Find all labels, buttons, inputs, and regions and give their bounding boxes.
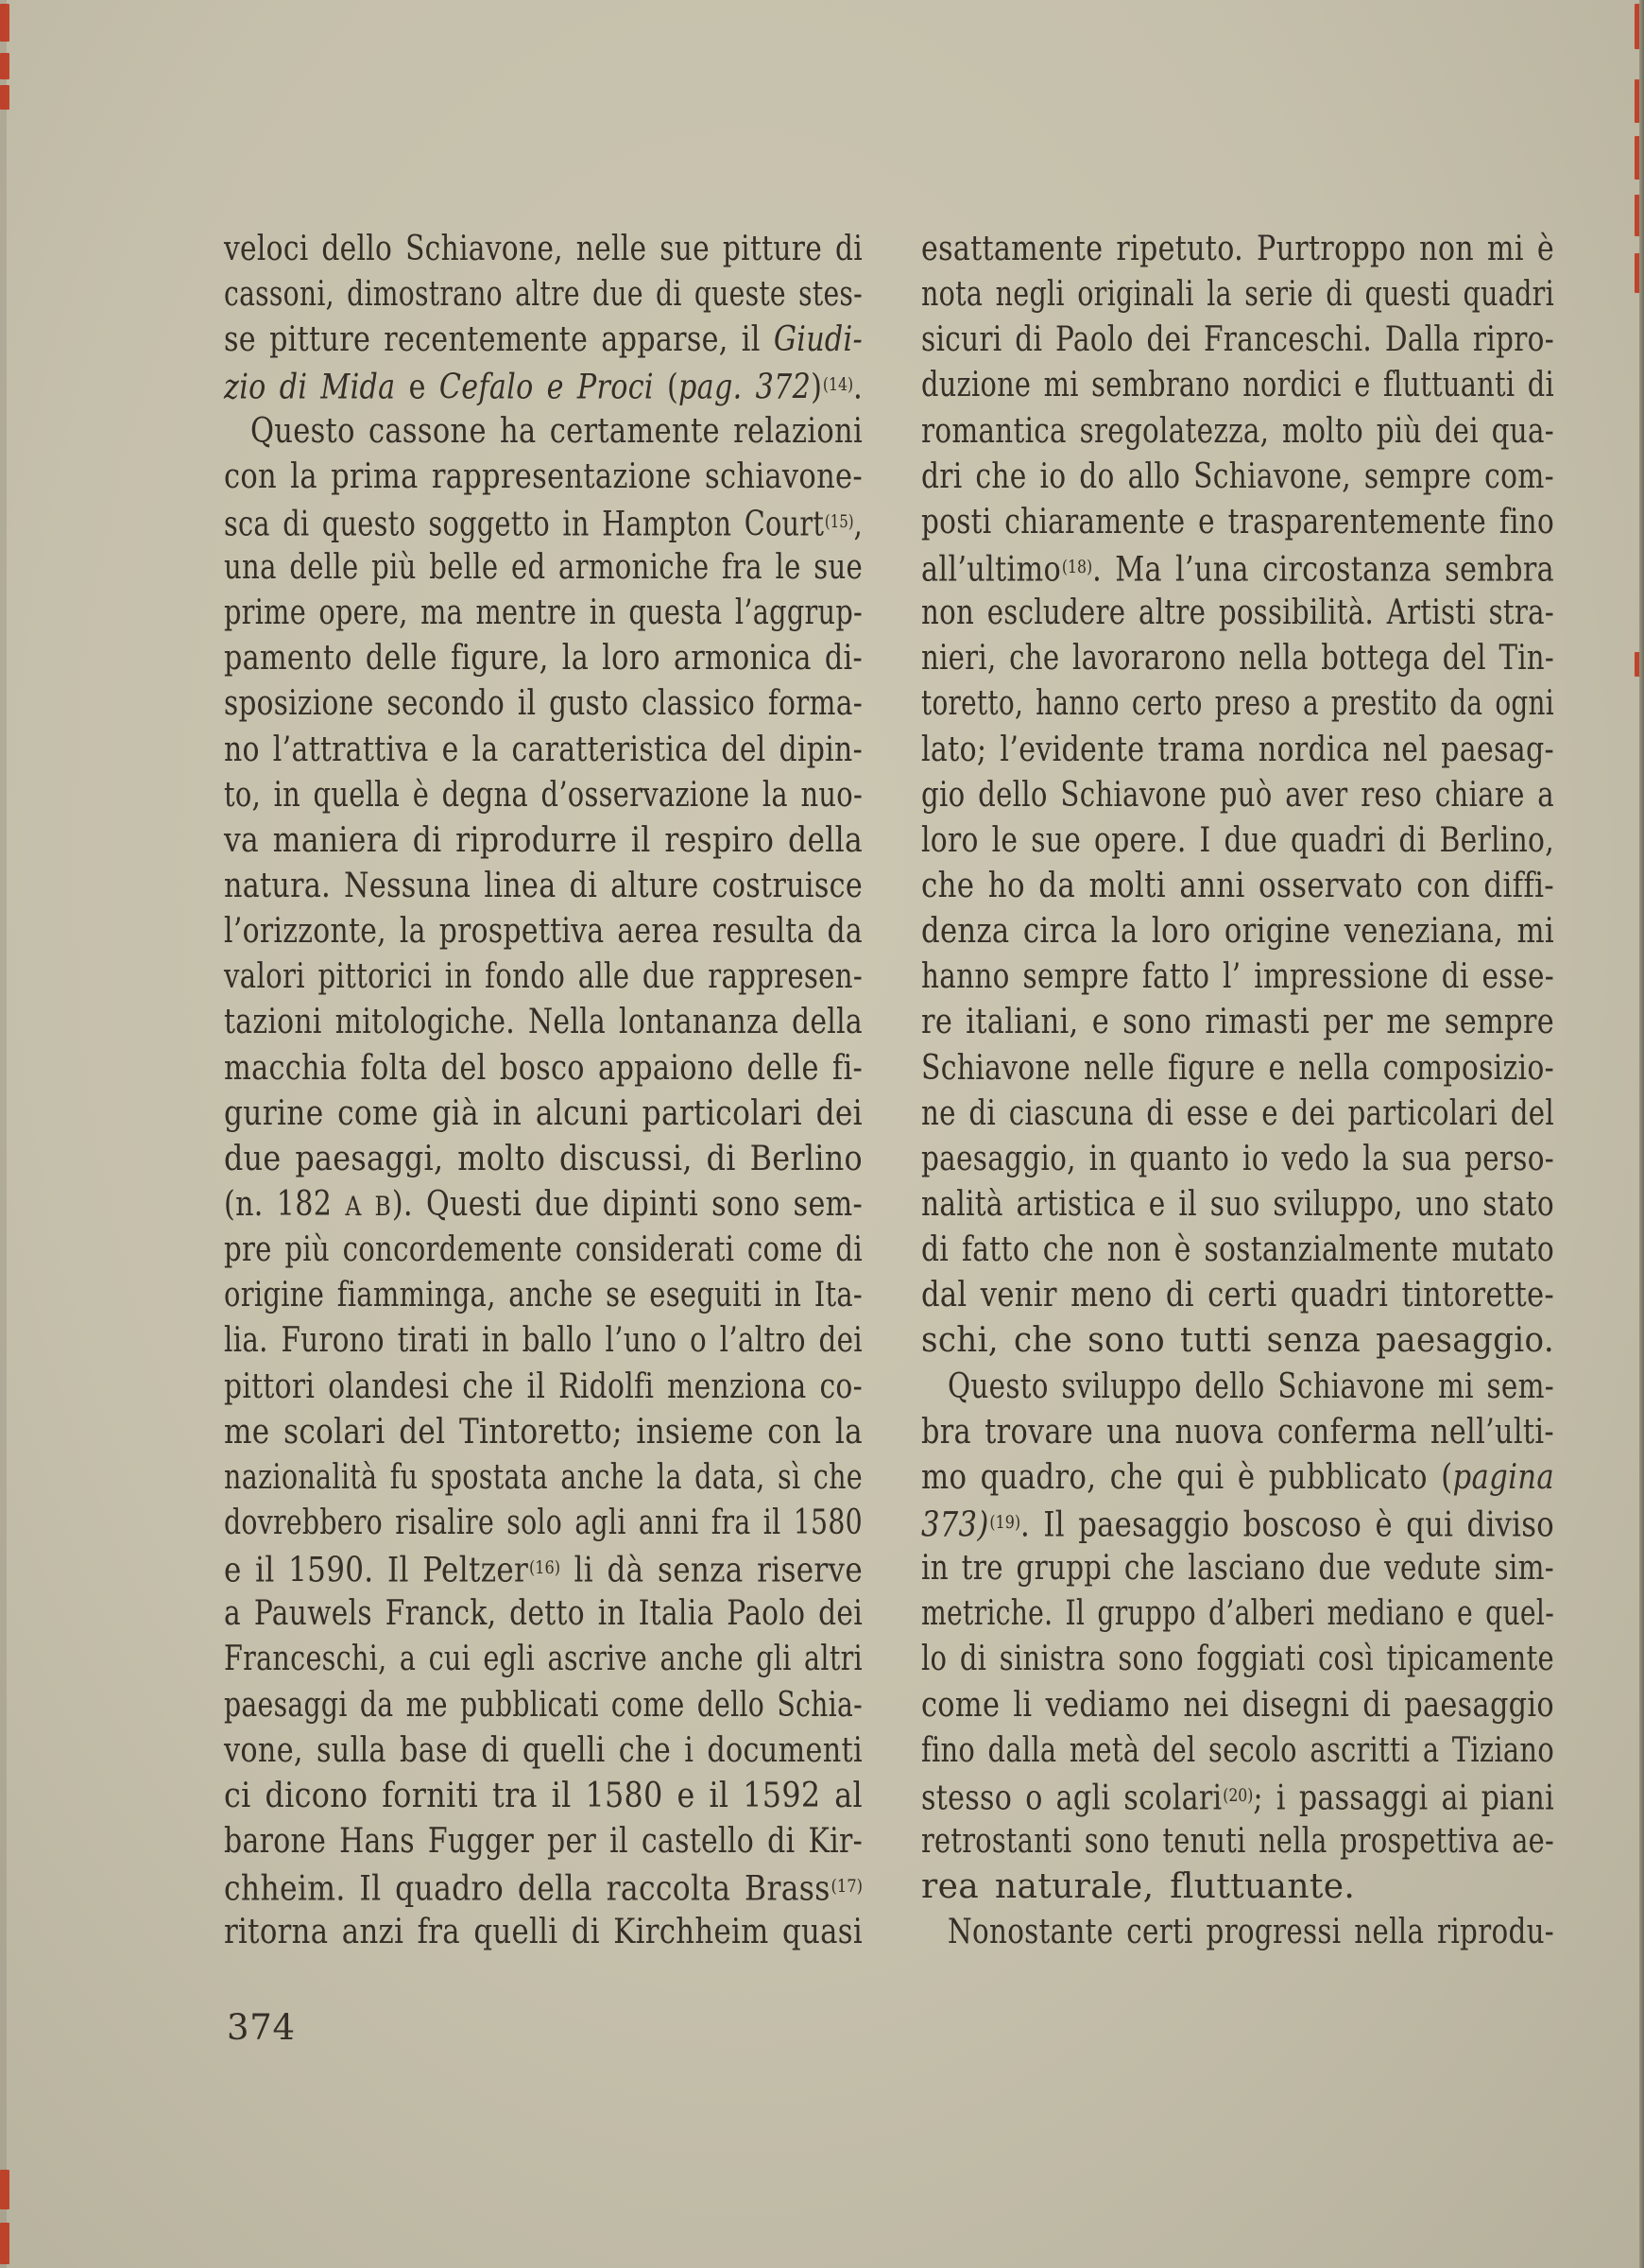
text-segment: nazionalità fu spostata anche la data, s…: [224, 1458, 863, 1497]
text-segment: in tre gruppi che lasciano due vedute si…: [921, 1549, 1554, 1588]
text-line: macchia folta del bosco appaiono delle f…: [224, 1046, 863, 1091]
text-segment: . Il paesaggio boscoso è qui diviso: [1020, 1505, 1554, 1544]
text-segment: denza circa la loro origine veneziana, m…: [921, 912, 1554, 951]
text-segment: con la prima rappresentazione schiavone-: [224, 457, 863, 496]
text-segment: fino dalla metà del secolo ascritti a Ti…: [921, 1731, 1554, 1770]
registration-mark: [1635, 195, 1644, 236]
text-line: lo di sinistra sono foggiati così tipica…: [921, 1637, 1554, 1682]
text-segment: ; i passaggi ai piani: [1253, 1778, 1554, 1817]
text-segment: mo quadro, che qui è pubblicato (: [921, 1458, 1452, 1497]
registration-mark: [0, 2170, 9, 2209]
text-segment: dal venir meno di certi quadri tintorett…: [921, 1276, 1554, 1314]
text-line: una delle più belle ed armoniche fra le …: [224, 545, 863, 591]
text-line: (n. 182 A B). Questi due dipinti sono se…: [224, 1182, 863, 1228]
text-segment: natura. Nessuna linea di alture costruis…: [224, 867, 863, 905]
text-line: lato; l’evidente trama nordica nel paesa…: [921, 728, 1554, 773]
text-line: ritorna anzi fra quelli di Kirchheim qua…: [224, 1910, 863, 1955]
text-segment: . Ma l’una circostanza sembra: [1092, 550, 1554, 589]
text-segment: sca di questo soggetto in Hampton Court: [224, 505, 824, 543]
text-segment: e: [395, 369, 438, 407]
text-segment: veloci dello Schiavone, nelle sue pittur…: [224, 230, 863, 268]
text-line: dovrebbero risalire solo agli anni fra i…: [224, 1501, 863, 1546]
text-line: paesaggi da me pubblicati come dello Sch…: [224, 1683, 863, 1728]
text-line: dri che io do allo Schiavone, sempre com…: [921, 455, 1554, 500]
text-segment: ): [811, 369, 822, 407]
text-column-left: veloci dello Schiavone, nelle sue pittur…: [224, 227, 863, 1955]
text-line: Questo cassone ha certamente relazioni: [224, 409, 863, 455]
text-segment: macchia folta del bosco appaiono delle f…: [224, 1049, 863, 1088]
text-segment: to, in quella è degna d’osservazione la …: [224, 776, 863, 815]
text-segment: toretto, hanno certo preso a prestito da…: [921, 684, 1554, 723]
text-line: denza circa la loro origine veneziana, m…: [921, 909, 1554, 954]
text-line: metriche. Il gruppo d’alberi mediano e q…: [921, 1591, 1554, 1637]
text-segment: sposizione secondo il gusto classico for…: [224, 684, 863, 723]
footnote-reference: (15): [825, 512, 854, 532]
text-line: nota negli originali la serie di questi …: [921, 272, 1554, 318]
text-line: prime opere, ma mentre in questa l’aggru…: [224, 591, 863, 636]
text-line: bra trovare una nuova conferma nell’ulti…: [921, 1410, 1554, 1455]
text-line: me scolari del Tintoretto; insieme con l…: [224, 1410, 863, 1455]
text-line: mo quadro, che qui è pubblicato (pagina: [921, 1455, 1554, 1501]
text-line: pittori olandesi che il Ridolfi menziona…: [224, 1365, 863, 1410]
footnote-reference: (17): [831, 1877, 863, 1897]
text-line: sicuri di Paolo dei Franceschi. Dalla ri…: [921, 318, 1554, 363]
text-line: hanno sempre fatto l’ impressione di ess…: [921, 954, 1554, 1000]
text-line: gio dello Schiavone può aver reso chiare…: [921, 773, 1554, 818]
text-segment: ne di ciascuna di esse e dei particolari…: [921, 1094, 1554, 1133]
footnote-reference: (18): [1062, 558, 1092, 577]
text-line: sca di questo soggetto in Hampton Court(…: [224, 500, 863, 545]
text-segment: schi, che sono tutti senza paesaggio.: [921, 1321, 1554, 1360]
text-segment: va maniera di riprodurre il respiro dell…: [224, 821, 863, 860]
text-line: paesaggio, in quanto io vedo la sua pers…: [921, 1137, 1554, 1182]
text-segment: barone Hans Fugger per il castello di Ki…: [224, 1822, 863, 1861]
text-segment: lia. Furono tirati in ballo l’uno o l’al…: [224, 1321, 863, 1360]
text-segment: hanno sempre fatto l’ impressione di ess…: [921, 957, 1554, 996]
text-column-right: esattamente ripetuto. Purtroppo non mi è…: [921, 227, 1554, 1955]
text-segment: romantica sregolatezza, molto più dei qu…: [921, 412, 1554, 451]
text-line: cassoni, dimostrano altre due di queste …: [224, 272, 863, 318]
text-segment: all’ultimo: [921, 550, 1061, 589]
text-segment: retrostanti sono tenuti nella prospettiv…: [921, 1822, 1554, 1861]
text-segment: Questo cassone ha certamente relazioni: [250, 412, 863, 451]
text-line: come li vediamo nei disegni di paesaggio: [921, 1683, 1554, 1728]
text-segment: re italiani, e sono rimasti per me sempr…: [921, 1003, 1554, 1041]
text-line: l’orizzonte, la prospettiva aerea result…: [224, 909, 863, 954]
text-segment: esattamente ripetuto. Purtroppo non mi è: [921, 230, 1554, 268]
text-line: to, in quella è degna d’osservazione la …: [224, 773, 863, 818]
text-segment: paesaggio, in quanto io vedo la sua pers…: [921, 1140, 1554, 1178]
footnote-reference: (20): [1223, 1786, 1253, 1806]
text-line: valori pittorici in fondo alle due rappr…: [224, 954, 863, 1000]
text-line: stesso o agli scolari(20); i passaggi ai…: [921, 1774, 1554, 1819]
page-number: 374: [227, 2007, 296, 2048]
text-line: nalità artistica e il suo sviluppo, uno …: [921, 1182, 1554, 1228]
text-line: retrostanti sono tenuti nella prospettiv…: [921, 1819, 1554, 1864]
registration-mark: [0, 2223, 9, 2264]
text-line: in tre gruppi che lasciano due vedute si…: [921, 1546, 1554, 1591]
text-line: vone, sulla base di quelli che i documen…: [224, 1728, 863, 1774]
text-segment: dovrebbero risalire solo agli anni fra i…: [224, 1503, 863, 1542]
text-segment: A B: [345, 1191, 392, 1222]
text-segment: 373): [921, 1505, 989, 1544]
text-line: pamento delle figure, la loro armonica d…: [224, 636, 863, 681]
registration-mark: [0, 4, 9, 42]
text-segment: ritorna anzi fra quelli di Kirchheim qua…: [224, 1913, 863, 1951]
text-line: gurine come già in alcuni particolari de…: [224, 1091, 863, 1137]
text-segment: gurine come già in alcuni particolari de…: [224, 1094, 863, 1133]
footnote-reference: (19): [989, 1513, 1020, 1533]
book-page: veloci dello Schiavone, nelle sue pittur…: [0, 0, 1644, 2268]
text-line: Franceschi, a cui egli ascrive anche gli…: [224, 1637, 863, 1682]
text-segment: Franceschi, a cui egli ascrive anche gli…: [224, 1640, 863, 1678]
text-segment: ci dicono forniti tra il 1580 e il 1592 …: [224, 1777, 863, 1815]
text-segment: a Pauwels Franck, detto in Italia Paolo …: [224, 1594, 863, 1633]
text-line: nieri, che lavorarono nella bottega del …: [921, 636, 1554, 681]
text-line: due paesaggi, molto discussi, di Berlino: [224, 1137, 863, 1182]
text-segment: Questo sviluppo dello Schiavone mi sem-: [948, 1367, 1554, 1406]
text-line: rea naturale, fluttuante.: [921, 1864, 1554, 1910]
text-line: pre più concordemente considerati come d…: [224, 1228, 863, 1273]
text-segment: tazioni mitologiche. Nella lontananza de…: [224, 1003, 863, 1041]
text-line: dal venir meno di certi quadri tintorett…: [921, 1273, 1554, 1318]
text-segment: due paesaggi, molto discussi, di Berlino: [224, 1140, 863, 1178]
text-line: Nonostante certi progressi nella riprodu…: [921, 1910, 1554, 1955]
text-segment: chheim. Il quadro della raccolta Brass: [224, 1869, 831, 1908]
text-line: tazioni mitologiche. Nella lontananza de…: [224, 1000, 863, 1045]
text-segment: no l’attrattiva e la caratteristica del …: [224, 730, 863, 769]
text-segment: Nonostante certi progressi nella riprodu…: [948, 1913, 1554, 1951]
text-segment: non escludere altre possibilità. Artisti…: [921, 593, 1554, 632]
text-line: schi, che sono tutti senza paesaggio.: [921, 1318, 1554, 1364]
registration-mark: [1635, 136, 1644, 180]
text-line: posti chiaramente e trasparentemente fin…: [921, 500, 1554, 545]
text-line: Schiavone nelle figure e nella composizi…: [921, 1046, 1554, 1091]
text-segment: lo di sinistra sono foggiati così tipica…: [921, 1640, 1554, 1678]
text-segment: Giudi-: [774, 320, 863, 359]
text-line: esattamente ripetuto. Purtroppo non mi è: [921, 227, 1554, 272]
registration-mark: [1635, 4, 1644, 49]
text-line: origine fiamminga, anche se eseguiti in …: [224, 1273, 863, 1318]
text-segment: vone, sulla base di quelli che i documen…: [224, 1731, 863, 1770]
text-segment: me scolari del Tintoretto; insieme con l…: [224, 1413, 863, 1452]
text-segment: pamento delle figure, la loro armonica d…: [224, 639, 863, 678]
text-line: a Pauwels Franck, detto in Italia Paolo …: [224, 1591, 863, 1637]
text-segment: nota negli originali la serie di questi …: [921, 275, 1554, 314]
text-line: lia. Furono tirati in ballo l’uno o l’al…: [224, 1318, 863, 1364]
text-segment: origine fiamminga, anche se eseguiti in …: [224, 1276, 863, 1314]
text-line: e il 1590. Il Peltzer(16) li dà senza ri…: [224, 1546, 863, 1591]
text-line: duzione mi sembrano nordici e fluttuanti…: [921, 363, 1554, 408]
registration-mark: [1635, 253, 1644, 293]
text-line: chheim. Il quadro della raccolta Brass(1…: [224, 1864, 863, 1910]
text-segment: una delle più belle ed armoniche fra le …: [224, 548, 863, 587]
text-segment: pag. 372: [678, 369, 811, 407]
text-line: romantica sregolatezza, molto più dei qu…: [921, 409, 1554, 455]
text-segment: ,: [854, 505, 863, 543]
text-segment: li dà senza riserve: [560, 1552, 863, 1590]
footnote-reference: (14): [823, 375, 853, 395]
text-line: zio di Mida e Cefalo e Proci (pag. 372)(…: [224, 363, 863, 408]
text-segment: (: [654, 369, 678, 407]
text-line: fino dalla metà del secolo ascritti a Ti…: [921, 1728, 1554, 1774]
text-line: di fatto che non è sostanzialmente mutat…: [921, 1228, 1554, 1273]
registration-mark: [0, 53, 9, 79]
text-segment: di fatto che non è sostanzialmente mutat…: [921, 1230, 1554, 1269]
text-line: ci dicono forniti tra il 1580 e il 1592 …: [224, 1774, 863, 1819]
text-segment: e il 1590. Il Peltzer: [224, 1552, 528, 1590]
text-segment: Schiavone nelle figure e nella composizi…: [921, 1049, 1554, 1088]
text-segment: pagina: [1452, 1458, 1554, 1497]
text-line: 373)(19). Il paesaggio boscoso è qui div…: [921, 1501, 1554, 1546]
text-segment: sicuri di Paolo dei Franceschi. Dalla ri…: [921, 320, 1554, 359]
text-segment: ). Questi due dipinti sono sem-: [392, 1185, 863, 1224]
text-segment: zio di Mida: [224, 369, 395, 407]
text-segment: metriche. Il gruppo d’alberi mediano e q…: [921, 1594, 1554, 1633]
text-segment: cassoni, dimostrano altre due di queste …: [224, 275, 863, 314]
text-segment: nieri, che lavorarono nella bottega del …: [921, 639, 1554, 678]
registration-mark: [1635, 652, 1644, 677]
text-segment: se pitture recentemente apparse, il: [224, 320, 774, 359]
registration-mark: [0, 85, 9, 110]
text-segment: Cefalo e Proci: [439, 369, 654, 407]
text-segment: dri che io do allo Schiavone, sempre com…: [921, 457, 1554, 496]
text-segment: (n. 182: [224, 1185, 345, 1224]
text-segment: stesso o agli scolari: [921, 1778, 1222, 1817]
text-segment: paesaggi da me pubblicati come dello Sch…: [224, 1686, 863, 1725]
text-segment: rea naturale, fluttuante.: [921, 1867, 1355, 1906]
text-segment: lato; l’evidente trama nordica nel paesa…: [921, 730, 1554, 769]
text-line: non escludere altre possibilità. Artisti…: [921, 591, 1554, 636]
footnote-reference: (16): [529, 1558, 560, 1578]
text-segment: posti chiaramente e trasparentemente fin…: [921, 503, 1554, 541]
text-segment: l’orizzonte, la prospettiva aerea result…: [224, 912, 863, 951]
text-segment: bra trovare una nuova conferma nell’ulti…: [921, 1413, 1554, 1452]
text-segment: loro le sue opere. I due quadri di Berli…: [921, 821, 1554, 860]
text-line: nazionalità fu spostata anche la data, s…: [224, 1455, 863, 1501]
text-segment: pittori olandesi che il Ridolfi menziona…: [224, 1367, 863, 1406]
text-line: con la prima rappresentazione schiavone-: [224, 455, 863, 500]
text-line: all’ultimo(18). Ma l’una circostanza sem…: [921, 545, 1554, 591]
text-line: se pitture recentemente apparse, il Giud…: [224, 318, 863, 363]
text-segment: prime opere, ma mentre in questa l’aggru…: [224, 593, 863, 632]
text-line: no l’attrattiva e la caratteristica del …: [224, 728, 863, 773]
text-segment: che ho da molti anni osservato con diffi…: [921, 867, 1554, 905]
text-line: va maniera di riprodurre il respiro dell…: [224, 818, 863, 864]
text-line: natura. Nessuna linea di alture costruis…: [224, 864, 863, 909]
text-line: barone Hans Fugger per il castello di Ki…: [224, 1819, 863, 1864]
text-segment: .: [853, 369, 863, 407]
text-segment: duzione mi sembrano nordici e fluttuanti…: [921, 366, 1554, 404]
text-segment: valori pittorici in fondo alle due rappr…: [224, 957, 863, 996]
text-segment: come li vediamo nei disegni di paesaggio: [921, 1686, 1554, 1725]
text-segment: pre più concordemente considerati come d…: [224, 1230, 863, 1269]
text-line: veloci dello Schiavone, nelle sue pittur…: [224, 227, 863, 272]
registration-mark: [1635, 79, 1644, 123]
text-line: sposizione secondo il gusto classico for…: [224, 681, 863, 727]
text-line: loro le sue opere. I due quadri di Berli…: [921, 818, 1554, 864]
text-line: che ho da molti anni osservato con diffi…: [921, 864, 1554, 909]
text-segment: nalità artistica e il suo sviluppo, uno …: [921, 1185, 1554, 1224]
text-line: re italiani, e sono rimasti per me sempr…: [921, 1000, 1554, 1045]
text-line: toretto, hanno certo preso a prestito da…: [921, 681, 1554, 727]
text-segment: gio dello Schiavone può aver reso chiare…: [921, 776, 1554, 815]
text-line: ne di ciascuna di esse e dei particolari…: [921, 1091, 1554, 1137]
text-line: Questo sviluppo dello Schiavone mi sem-: [921, 1365, 1554, 1410]
